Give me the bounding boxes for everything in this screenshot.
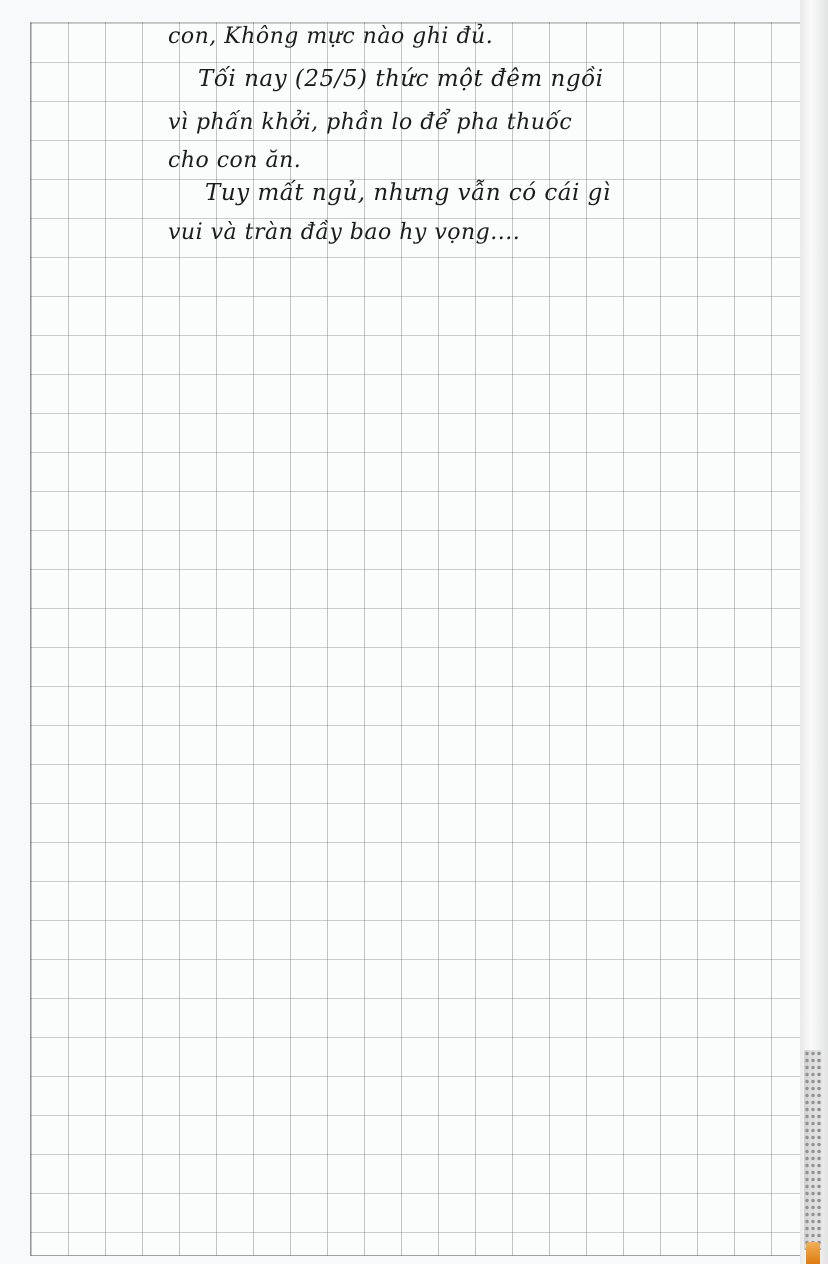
handwriting-line-5: Tuy mất ngủ, nhưng vẫn có cái gì xyxy=(205,180,611,206)
handwriting-line-6: vui và tràn đầy bao hy vọng.... xyxy=(168,220,520,245)
binding-orange-mark xyxy=(806,1242,820,1264)
handwriting-line-3: vì phấn khởi, phần lo để pha thuốc xyxy=(168,110,572,135)
handwriting-line-2: Tối nay (25/5) thức một đêm ngồi xyxy=(198,66,604,92)
handwriting-line-4: cho con ăn. xyxy=(168,148,301,173)
notebook-page: con, Không mực nào ghi đủ. Tối nay (25/5… xyxy=(0,0,828,1264)
handwriting-line-1: con, Không mực nào ghi đủ. xyxy=(168,24,493,49)
binding-perforation xyxy=(804,1050,822,1250)
grid-paper xyxy=(30,22,801,1256)
